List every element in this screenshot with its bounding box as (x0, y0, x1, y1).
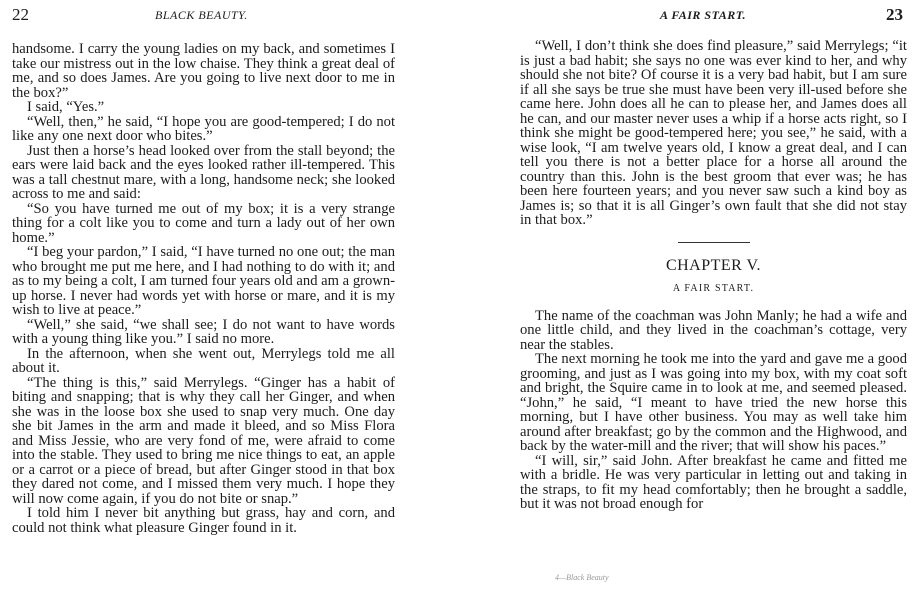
right-page: A FAIR START. 23 “Well, I don’t think sh… (460, 0, 923, 590)
paragraph: “I beg your pardon,” I said, “I have tur… (12, 245, 395, 318)
paragraph: In the afternoon, when she went out, Mer… (12, 347, 395, 376)
signature-mark: 4—Black Beauty (555, 573, 609, 582)
paragraph: “Well,” she said, “we shall see; I do no… (12, 318, 395, 347)
paragraph: “The thing is this,” said Merrylegs. “Gi… (12, 376, 395, 507)
left-running-head: 22 BLACK BEAUTY. (0, 5, 460, 25)
section-divider (678, 242, 750, 243)
paragraph: “Well, then,” he said, “I hope you are g… (12, 115, 395, 144)
left-page-body: handsome. I carry the young ladies on my… (12, 42, 395, 535)
left-page: 22 BLACK BEAUTY. handsome. I carry the y… (0, 0, 460, 590)
paragraph: The next morning he took me into the yar… (520, 352, 907, 454)
book-spread: 22 BLACK BEAUTY. handsome. I carry the y… (0, 0, 923, 590)
right-running-head: A FAIR START. 23 (460, 5, 923, 25)
paragraph: “Well, I don’t think she does find pleas… (520, 39, 907, 228)
paragraph: The name of the coachman was John Manly;… (520, 309, 907, 353)
paragraph: “So you have turned me out of my box; it… (12, 202, 395, 246)
paragraph: I told him I never bit anything but gras… (12, 506, 395, 535)
chapter-subtitle: A FAIR START. (520, 282, 907, 297)
right-page-body: “Well, I don’t think she does find pleas… (520, 39, 907, 512)
paragraph: Just then a horse’s head looked over fro… (12, 144, 395, 202)
running-title: A FAIR START. (660, 8, 746, 23)
page-number: 23 (886, 5, 903, 25)
paragraph: “I will, sir,” said John. After breakfas… (520, 454, 907, 512)
paragraph: handsome. I carry the young ladies on my… (12, 42, 395, 100)
page-number: 22 (12, 5, 29, 25)
paragraph: I said, “Yes.” (12, 100, 395, 115)
running-title: BLACK BEAUTY. (155, 8, 248, 23)
chapter-heading: CHAPTER V. (520, 259, 907, 274)
